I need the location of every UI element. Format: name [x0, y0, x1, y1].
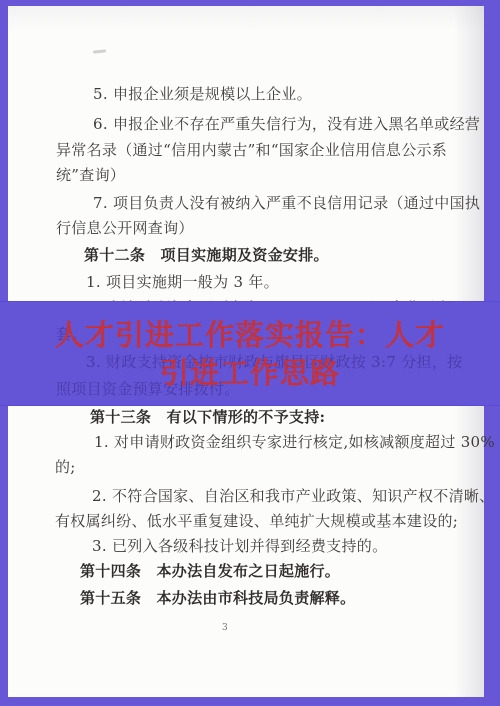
document-line: 第十二条 项目实施期及资金安排。 [84, 247, 329, 264]
smudge-mark [93, 49, 106, 53]
photo-frame: 5. 申报企业须是规模以上企业。6. 申报企业不存在严重失信行为，没有进入黑名单… [0, 0, 500, 706]
document-line: 1. 对申请财政资金组织专家进行核定,如核减额度超过 30% [94, 434, 495, 451]
document-line: 有权属纠纷、低水平重复建设、单纯扩大规模或基本建设的; [55, 513, 458, 530]
paper-top-shade [8, 6, 484, 32]
document-line: 异常名录（通过“信用内蒙古”和“国家企业信用信息公示系 [56, 142, 447, 159]
document-line: 1. 项目实施期一般为 3 年。 [86, 274, 279, 291]
document-line: 统”查询） [56, 167, 125, 184]
document-line: 7. 项目负责人没有被纳入严重不良信用记录（通过中国执 [93, 195, 480, 212]
document-line: 第十四条 本办法自发布之日起施行。 [80, 563, 340, 580]
document-line: 第十三条 有以下情形的不予支持: [90, 409, 325, 426]
document-line: 的; [55, 459, 76, 476]
document-line: 套。 [56, 326, 87, 343]
document-line: 5. 申报企业须是规模以上企业。 [93, 86, 312, 103]
document-line: 3. 已列入各级科技计划并得到经费支持的。 [92, 538, 387, 555]
document-line: 第十五条 本办法由市科技局负责解释。 [80, 590, 355, 607]
document-line: 3. 财政支持资金按市财政与旗县区财政按 3:7 分担，按 [86, 354, 462, 371]
document-line: 行信息公开网查询） [56, 220, 194, 237]
document-line: 2. 不符合国家、自治区和我市产业政策、知识产权不清晰、 [92, 488, 494, 505]
page-number: 3 [222, 623, 228, 633]
document-line: 6. 申报企业不存在严重失信行为，没有进入黑名单或经营 [93, 116, 480, 133]
document-line: 照项目资金预算安排拨付。 [56, 381, 240, 398]
